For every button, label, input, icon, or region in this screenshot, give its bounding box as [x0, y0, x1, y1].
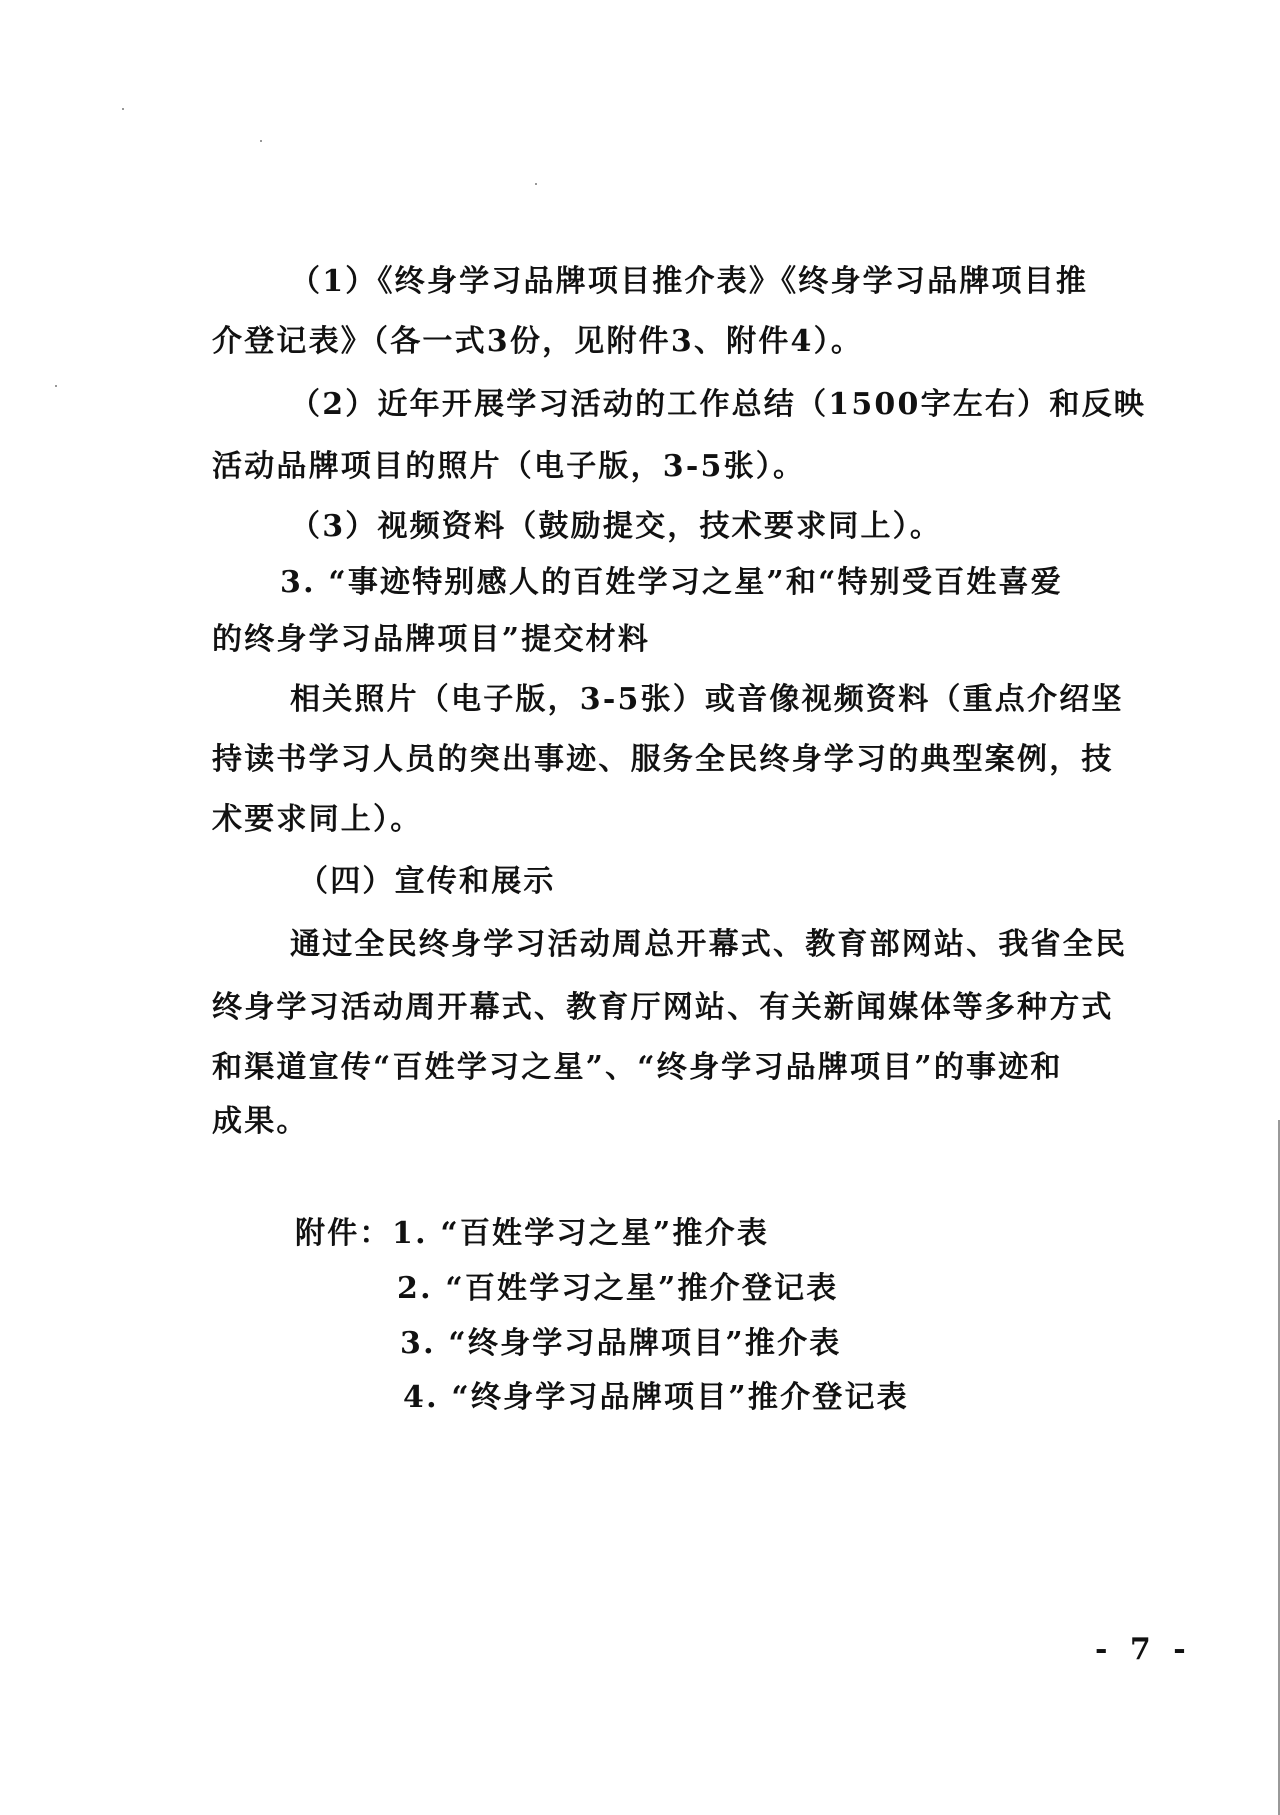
attachment-item: 4. “终身学习品牌项目”推介登记表 [403, 1380, 909, 1416]
attachment-item: 2. “百姓学习之星”推介登记表 [397, 1271, 838, 1307]
paragraph-line: 持读书学习人员的突出事迹、服务全民终身学习的典型案例，技 [212, 742, 1137, 778]
paragraph-line: 成果。 [212, 1104, 1137, 1140]
section-heading: 的终身学习品牌项目”提交材料 [212, 622, 1137, 658]
page-number: - 7 - [1095, 1632, 1192, 1667]
paragraph-line: 和渠道宣传“百姓学习之星”、“终身学习品牌项目”的事迹和 [212, 1050, 1137, 1086]
paragraph-line: 活动品牌项目的照片（电子版，3-5张）。 [212, 449, 1137, 485]
scan-speck [260, 140, 262, 142]
paragraph-line: 通过全民终身学习活动周总开幕式、教育部网站、我省全民 [290, 927, 1137, 963]
paragraph-line: （2）近年开展学习活动的工作总结（1500字左右）和反映 [290, 387, 1137, 423]
paragraph-line: （3）视频资料（鼓励提交，技术要求同上）。 [290, 509, 1137, 545]
scan-speck [535, 183, 537, 185]
paragraph-line: （1）《终身学习品牌项目推介表》《终身学习品牌项目推 [290, 264, 1137, 300]
attachment-item: 1. “百姓学习之星”推介表 [392, 1216, 769, 1252]
scan-speck [55, 385, 57, 387]
section-heading: 3. “事迹特别感人的百姓学习之星”和“特别受百姓喜爱 [280, 565, 1127, 601]
section-heading: （四）宣传和展示 [298, 864, 1145, 900]
attachments-label: 附件： [295, 1216, 392, 1252]
scan-speck [122, 108, 124, 110]
attachment-item: 3. “终身学习品牌项目”推介表 [400, 1326, 841, 1362]
paragraph-line: 相关照片（电子版，3-5张）或音像视频资料（重点介绍坚 [290, 682, 1137, 718]
paragraph-line: 介登记表》（各一式3份，见附件3、附件4）。 [212, 324, 1137, 360]
paragraph-line: 术要求同上）。 [212, 802, 1137, 838]
paragraph-line: 终身学习活动周开幕式、教育厅网站、有关新闻媒体等多种方式 [212, 990, 1137, 1026]
